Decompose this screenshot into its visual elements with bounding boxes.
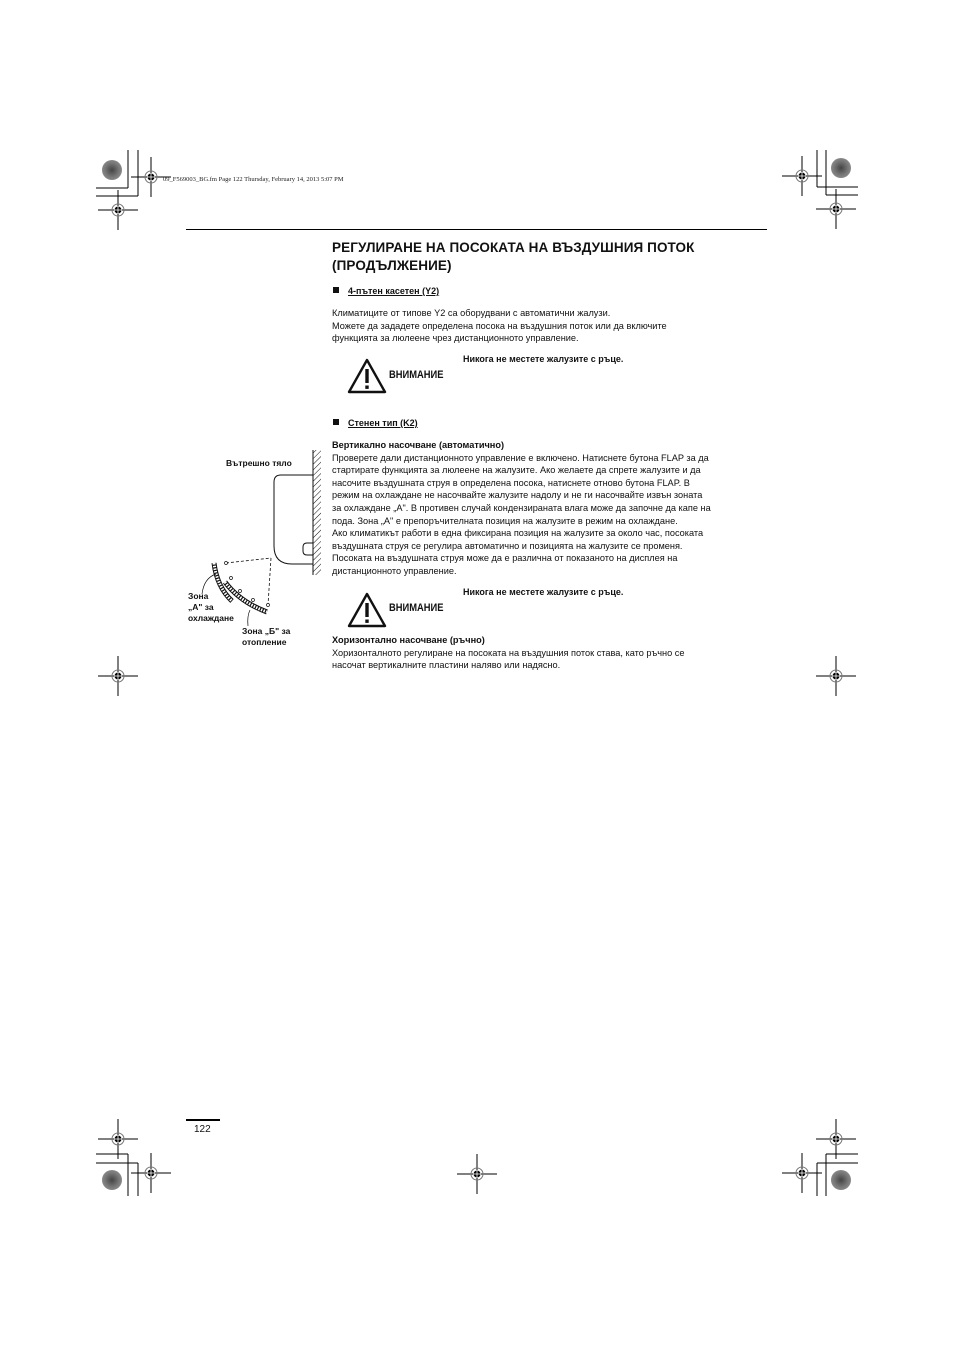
zone-a-label: Зона „А" за охлаждане — [188, 591, 234, 624]
bullet-square-icon — [333, 287, 339, 293]
page-number: 122 — [194, 1124, 211, 1135]
zone-b-label: Зона „Б" за отопление — [242, 626, 290, 648]
page-title-line1: РЕГУЛИРАНЕ НА ПОСОКАТА НА ВЪЗДУШНИЯ ПОТО… — [332, 239, 762, 257]
section-heading-k2: Стенен тип (K2) — [333, 418, 418, 428]
horizontal-subheading: Хоризонтално насочване (ръчно) — [332, 634, 772, 647]
footer-rule — [186, 1119, 220, 1121]
warning-triangle-icon — [347, 592, 387, 633]
page-title: РЕГУЛИРАНЕ НА ПОСОКАТА НА ВЪЗДУШНИЯ ПОТО… — [332, 239, 762, 275]
bullet-square-icon — [333, 419, 339, 425]
warning-text: Никога не местете жалузите с ръце. — [463, 354, 623, 364]
warning-text: Никога не местете жалузите с ръце. — [463, 587, 623, 597]
print-marks — [0, 0, 954, 1350]
file-stamp: 09_F569003_BG.fm Page 122 Thursday, Febr… — [163, 176, 344, 183]
warning-triangle-icon — [347, 358, 387, 399]
warning-label: ВНИМАНИЕ — [389, 369, 443, 381]
vertical-subheading: Вертикално насочване (автоматично) — [332, 439, 772, 452]
header-rule — [186, 229, 767, 230]
y2-paragraph: Климатиците от типове Y2 са оборудвани с… — [332, 307, 772, 345]
warning-label: ВНИМАНИЕ — [389, 602, 443, 614]
page-title-line2: (ПРОДЪЛЖЕНИЕ) — [332, 257, 762, 275]
section-heading-y2: 4-пътен касетен (Y2) — [333, 286, 439, 296]
k2-vertical-block: Вертикално насочване (автоматично) Прове… — [332, 439, 772, 578]
k2-horizontal-block: Хоризонтално насочване (ръчно) Хоризонта… — [332, 634, 772, 672]
